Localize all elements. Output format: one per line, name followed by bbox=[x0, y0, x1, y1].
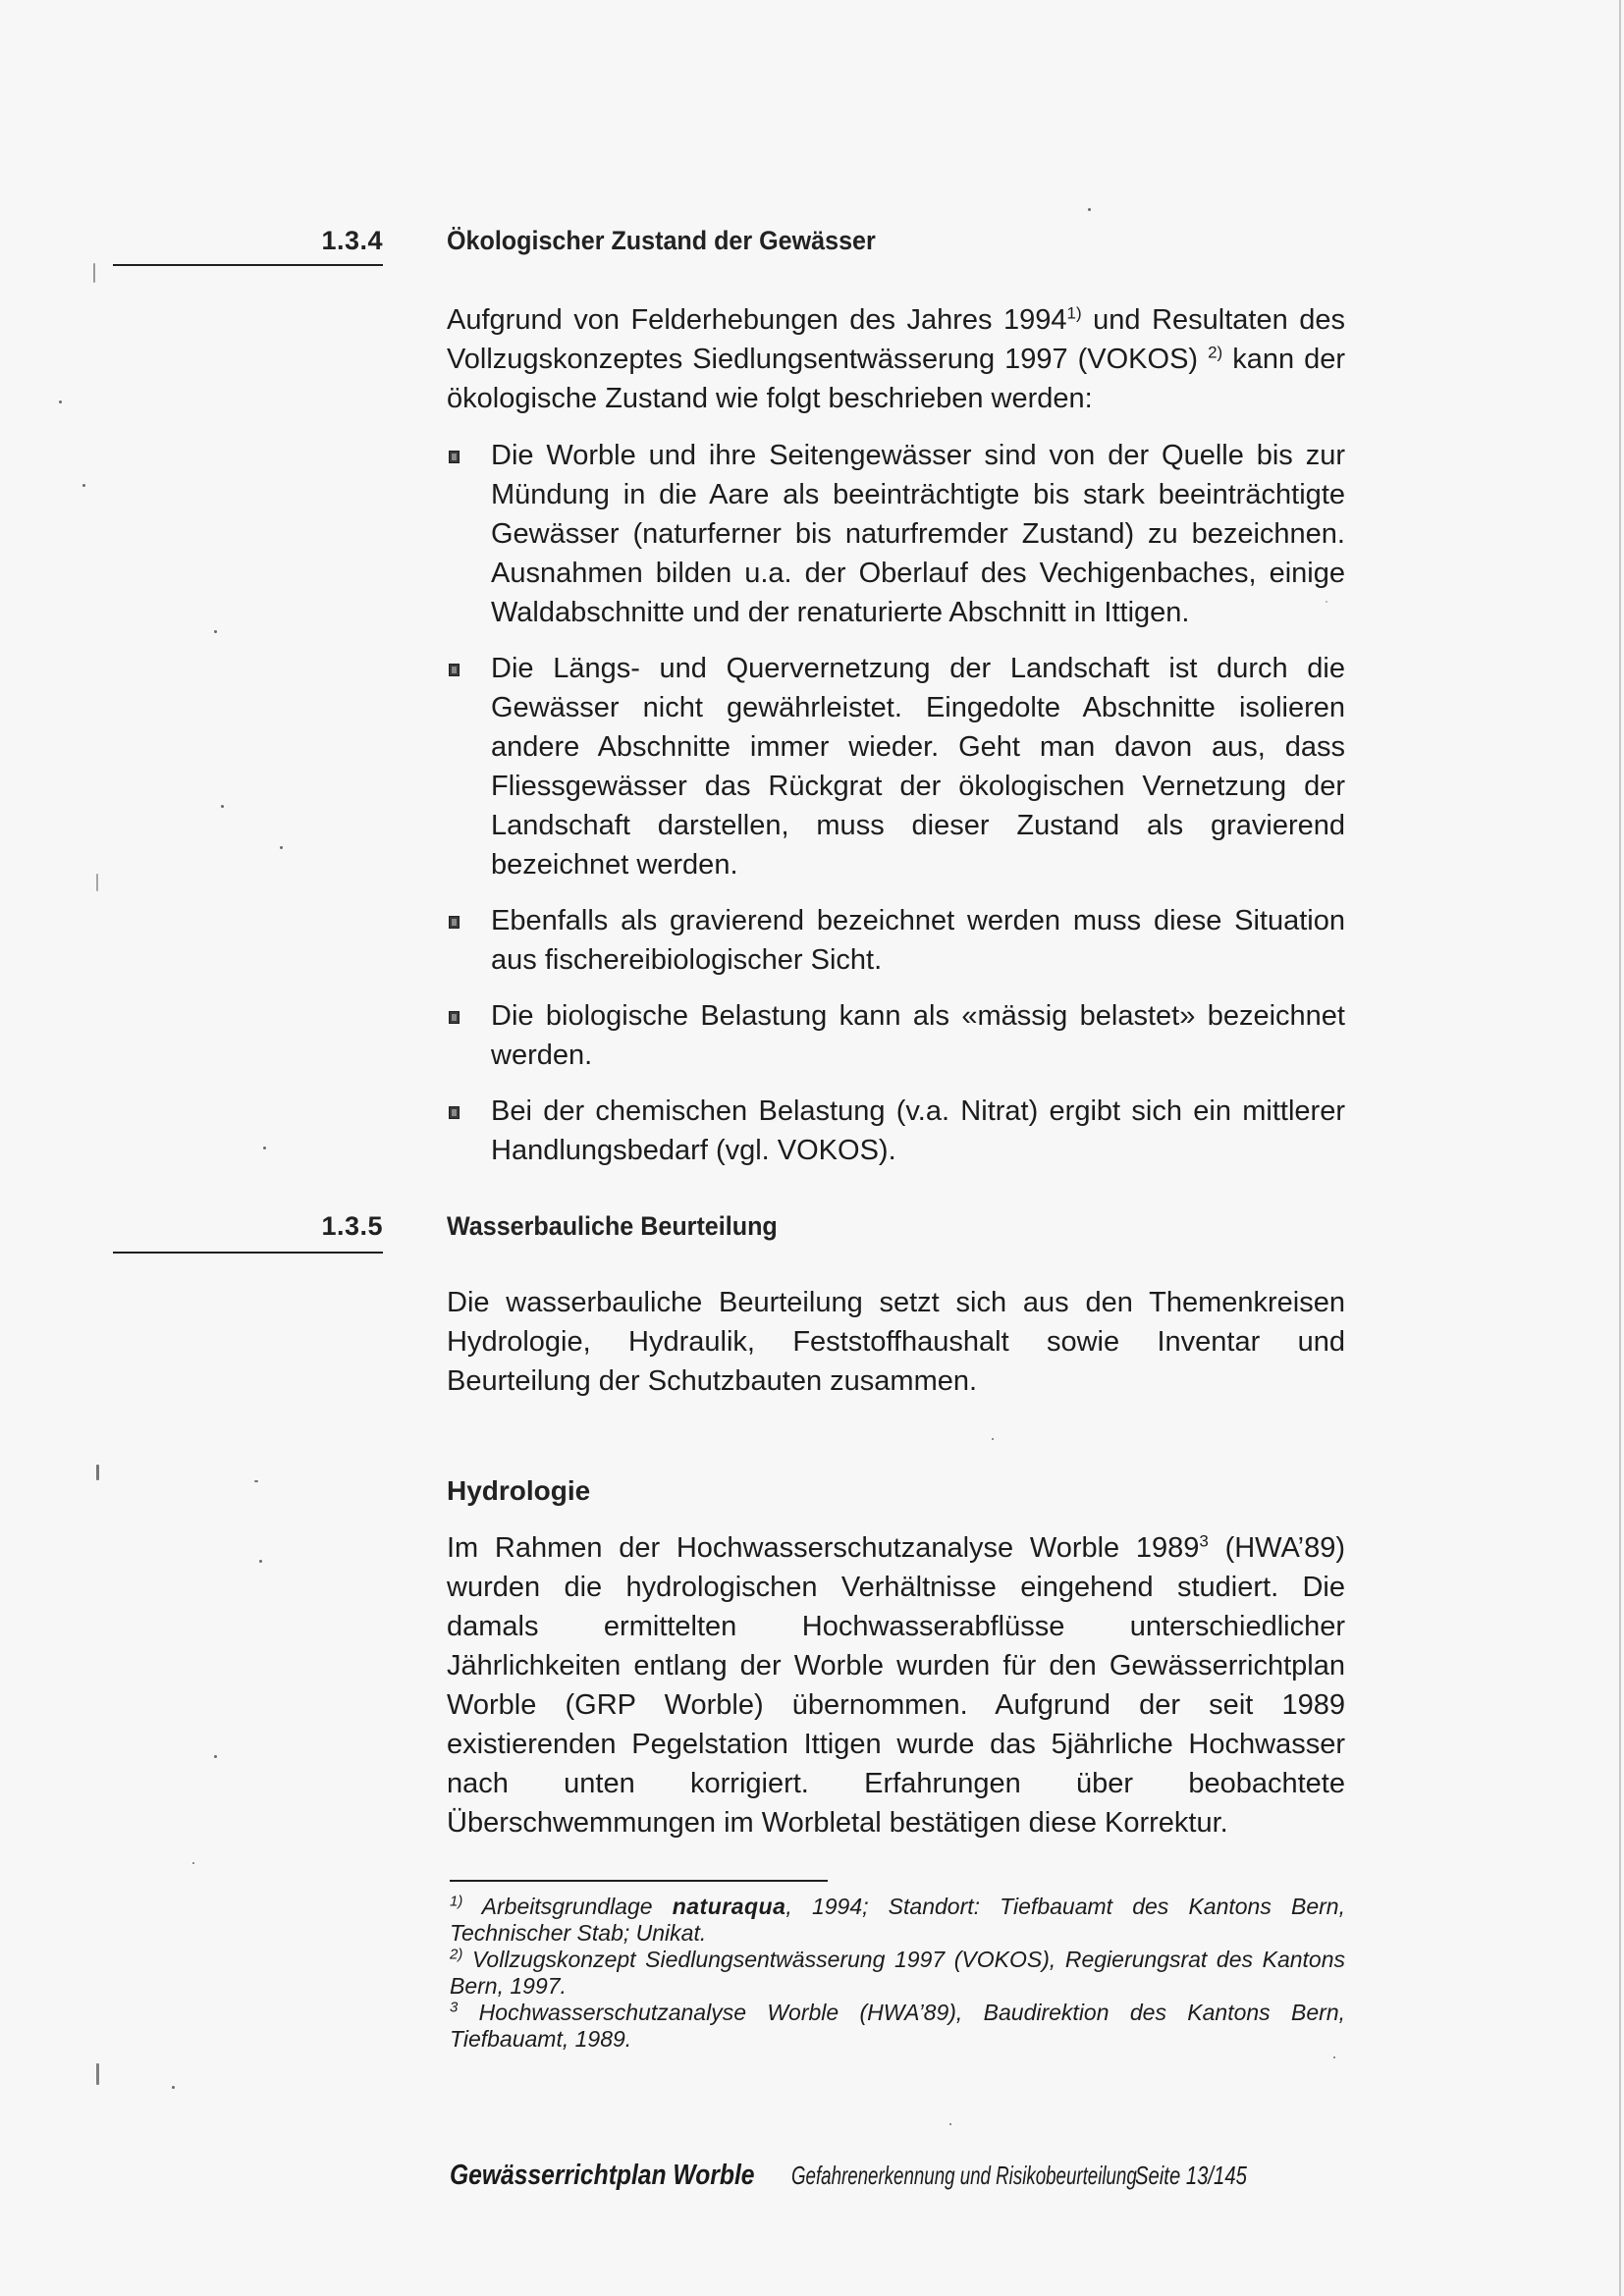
section-number: 1.3.5 bbox=[255, 1211, 383, 1242]
footnote-ref: 1) bbox=[1067, 303, 1082, 322]
square-bullet-icon bbox=[449, 451, 460, 463]
square-bullet-icon bbox=[449, 664, 460, 676]
list-item: Bei der chemischen Belastung (v.a. Nitra… bbox=[447, 1092, 1345, 1170]
scan-speck bbox=[221, 805, 224, 808]
list-item: Ebenfalls als gravierend bezeichnet werd… bbox=[447, 901, 1345, 980]
scan-speck bbox=[172, 2086, 175, 2089]
list-item-text: Die biologische Belastung kann als «mäss… bbox=[491, 1000, 1345, 1071]
subsection-title: Hydrologie bbox=[447, 1475, 590, 1507]
list-item: Die biologische Belastung kann als «mäss… bbox=[447, 996, 1345, 1075]
paragraph-text: (HWA’89) wurden die hydrologischen Verhä… bbox=[447, 1532, 1345, 1839]
footnote-marker: 1) bbox=[450, 1893, 462, 1909]
footnote-ref: 3 bbox=[1199, 1531, 1208, 1550]
scan-speck bbox=[82, 484, 85, 487]
scan-speck bbox=[259, 1560, 262, 1563]
scan-speck bbox=[96, 874, 98, 891]
scan-speck bbox=[214, 1755, 217, 1758]
section-rule bbox=[113, 264, 383, 266]
scan-speck bbox=[280, 846, 283, 849]
footnote-brand: naturaqua bbox=[673, 1894, 786, 1919]
section-number: 1.3.4 bbox=[255, 226, 383, 256]
page-footer: Gewässerrichtplan WorbleGefahrenerkennun… bbox=[450, 2160, 1353, 2192]
page-number: Seite 13/145 bbox=[1135, 2161, 1247, 2191]
footnote-marker: 2) bbox=[450, 1946, 462, 1962]
section-intro: Die wasserbauliche Beurteilung setzt sic… bbox=[447, 1283, 1345, 1401]
footnote-text: Vollzugskonzept Siedlungsentwässerung 19… bbox=[450, 1947, 1345, 1999]
square-bullet-icon bbox=[449, 1106, 460, 1119]
scan-speck bbox=[1333, 2056, 1335, 2058]
footnote: 1) Arbeitsgrundlage naturaqua, 1994; Sta… bbox=[450, 1894, 1345, 1947]
section-rule bbox=[113, 1252, 383, 1254]
scan-speck bbox=[1088, 208, 1091, 211]
list-item-text: Die Längs- und Quervernetzung der Landsc… bbox=[491, 653, 1345, 881]
footnote: 3 Hochwasserschutzanalyse Worble (HWA’89… bbox=[450, 2000, 1345, 2053]
condition-list: Die Worble und ihre Seitengewässer sind … bbox=[447, 436, 1345, 1187]
scan-speck bbox=[93, 263, 95, 283]
section-intro: Aufgrund von Felderhebungen des Jahres 1… bbox=[447, 300, 1345, 418]
square-bullet-icon bbox=[449, 1011, 460, 1024]
intro-text: Aufgrund von Felderhebungen des Jahres 1… bbox=[447, 304, 1067, 336]
scan-speck bbox=[254, 1480, 258, 1482]
section-title: Ökologischer Zustand der Gewässer bbox=[447, 226, 876, 256]
list-item-text: Ebenfalls als gravierend bezeichnet werd… bbox=[491, 905, 1345, 976]
square-bullet-icon bbox=[449, 916, 460, 929]
footer-chapter: Gefahrenerkennung und Risikobeurteilung bbox=[791, 2161, 1010, 2191]
footnote-text: Arbeitsgrundlage bbox=[462, 1894, 672, 1919]
scan-speck bbox=[992, 1438, 994, 1440]
footnote-text: Hochwasserschutzanalyse Worble (HWA’89),… bbox=[450, 2000, 1345, 2052]
list-item: Die Längs- und Quervernetzung der Landsc… bbox=[447, 649, 1345, 884]
scan-speck bbox=[214, 630, 217, 633]
footnote-ref: 2) bbox=[1208, 343, 1222, 361]
paragraph-text: Im Rahmen der Hochwasserschutzanalyse Wo… bbox=[447, 1532, 1199, 1564]
list-item-text: Die Worble und ihre Seitengewässer sind … bbox=[491, 440, 1345, 628]
scan-speck bbox=[263, 1147, 266, 1149]
footnotes: 1) Arbeitsgrundlage naturaqua, 1994; Sta… bbox=[450, 1894, 1345, 2053]
list-item: Die Worble und ihre Seitengewässer sind … bbox=[447, 436, 1345, 632]
scan-speck bbox=[59, 400, 62, 403]
scan-speck bbox=[96, 2063, 99, 2085]
scan-speck bbox=[96, 1465, 99, 1480]
footnote-rule bbox=[450, 1880, 828, 1882]
list-item-text: Bei der chemischen Belastung (v.a. Nitra… bbox=[491, 1095, 1345, 1166]
footnote: 2) Vollzugskonzept Siedlungsentwässerung… bbox=[450, 1947, 1345, 2000]
scan-speck bbox=[192, 1862, 194, 1864]
footer-document-title: Gewässerrichtplan Worble bbox=[450, 2160, 717, 2192]
scan-speck bbox=[949, 2123, 951, 2125]
section-title: Wasserbauliche Beurteilung bbox=[447, 1211, 778, 1242]
scan-edge-line bbox=[1619, 0, 1621, 2296]
subsection-text: Im Rahmen der Hochwasserschutzanalyse Wo… bbox=[447, 1528, 1345, 1842]
